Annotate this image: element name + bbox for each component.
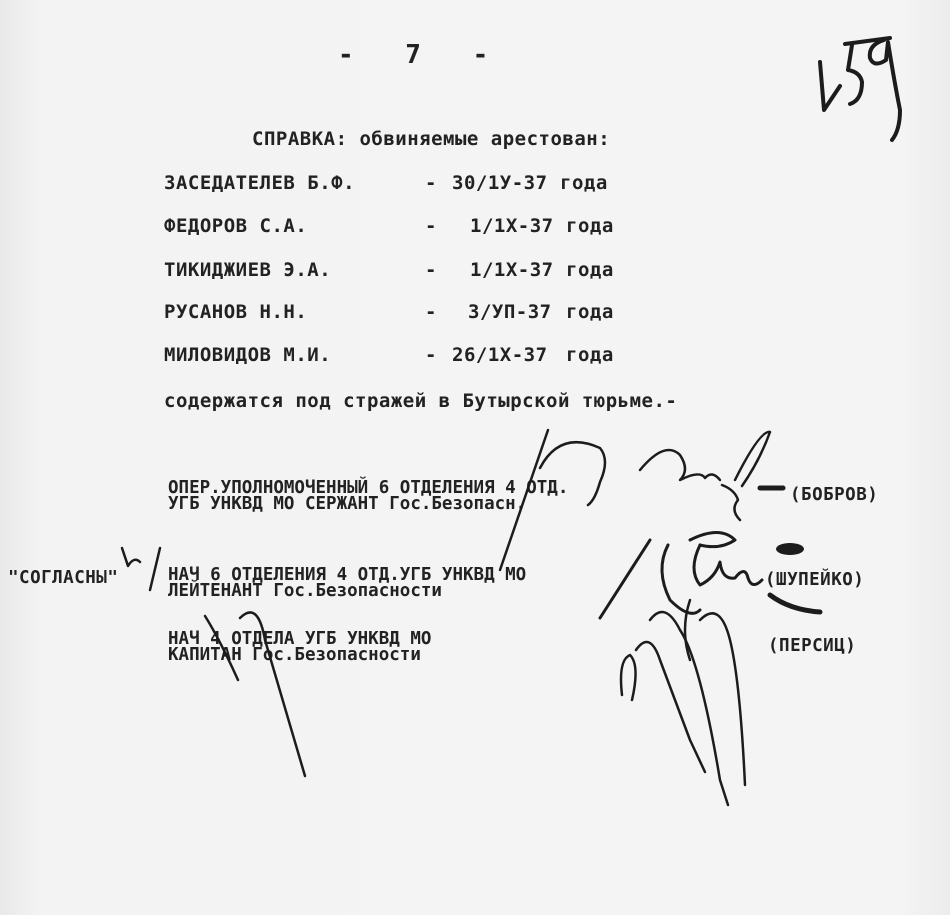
- dash: -: [425, 172, 437, 194]
- folio-number-handwritten: [820, 38, 900, 140]
- date-suffix: года: [560, 172, 608, 194]
- arrest-date: 1/1Х-37: [470, 215, 554, 237]
- arrest-date: 3/УП-37: [468, 301, 552, 323]
- approval-mark: [122, 548, 160, 590]
- date-suffix: года: [566, 301, 614, 323]
- person-name: РУСАНОВ Н.Н.: [164, 301, 307, 323]
- signatory-title-line2: УГБ УНКВД МО СЕРЖАНТ Гос.Безопасн.: [168, 494, 526, 514]
- signatory-title-line2: КАПИТАН Гос.Безопасности: [168, 645, 421, 665]
- arrest-date: 1/1Х-37: [470, 259, 554, 281]
- dash: -: [425, 259, 437, 281]
- heading: СПРАВКА: обвиняемые арестован:: [252, 128, 610, 150]
- dash: -: [425, 215, 437, 237]
- person-name: МИЛОВИДОВ М.И.: [164, 344, 331, 366]
- approval-stamp-text: "СОГЛАСНЫ": [8, 568, 118, 588]
- document-page: - 7 - СПРАВКА: обвиняемые арестован: ЗАС…: [0, 0, 950, 915]
- dash: -: [425, 301, 437, 323]
- date-suffix: года: [566, 215, 614, 237]
- person-name: ФЕДОРОВ С.А.: [164, 215, 307, 237]
- page-number: - 7 -: [338, 40, 506, 70]
- arrest-date: 30/1У-37: [452, 172, 548, 194]
- signatory-name: (ШУПЕЙКО): [765, 570, 864, 590]
- dash: -: [425, 344, 437, 366]
- arrest-date: 26/1Х-37: [452, 344, 548, 366]
- signature-persits: [621, 600, 745, 805]
- signature-bobrov: [500, 430, 783, 570]
- signatory-title-line2: ЛЕЙТЕНАНТ Гос.Безопасности: [168, 581, 442, 601]
- date-suffix: года: [566, 344, 614, 366]
- signatory-name: (ПЕРСИЦ): [768, 636, 856, 656]
- person-name: ТИКИДЖИЕВ Э.А.: [164, 259, 331, 281]
- custody-note: содержатся под стражей в Бутырской тюрьм…: [164, 390, 677, 412]
- signatory-name: (БОБРОВ): [790, 485, 878, 505]
- person-name: ЗАСЕДАТЕЛЕВ Б.Ф.: [164, 172, 355, 194]
- date-suffix: года: [566, 259, 614, 281]
